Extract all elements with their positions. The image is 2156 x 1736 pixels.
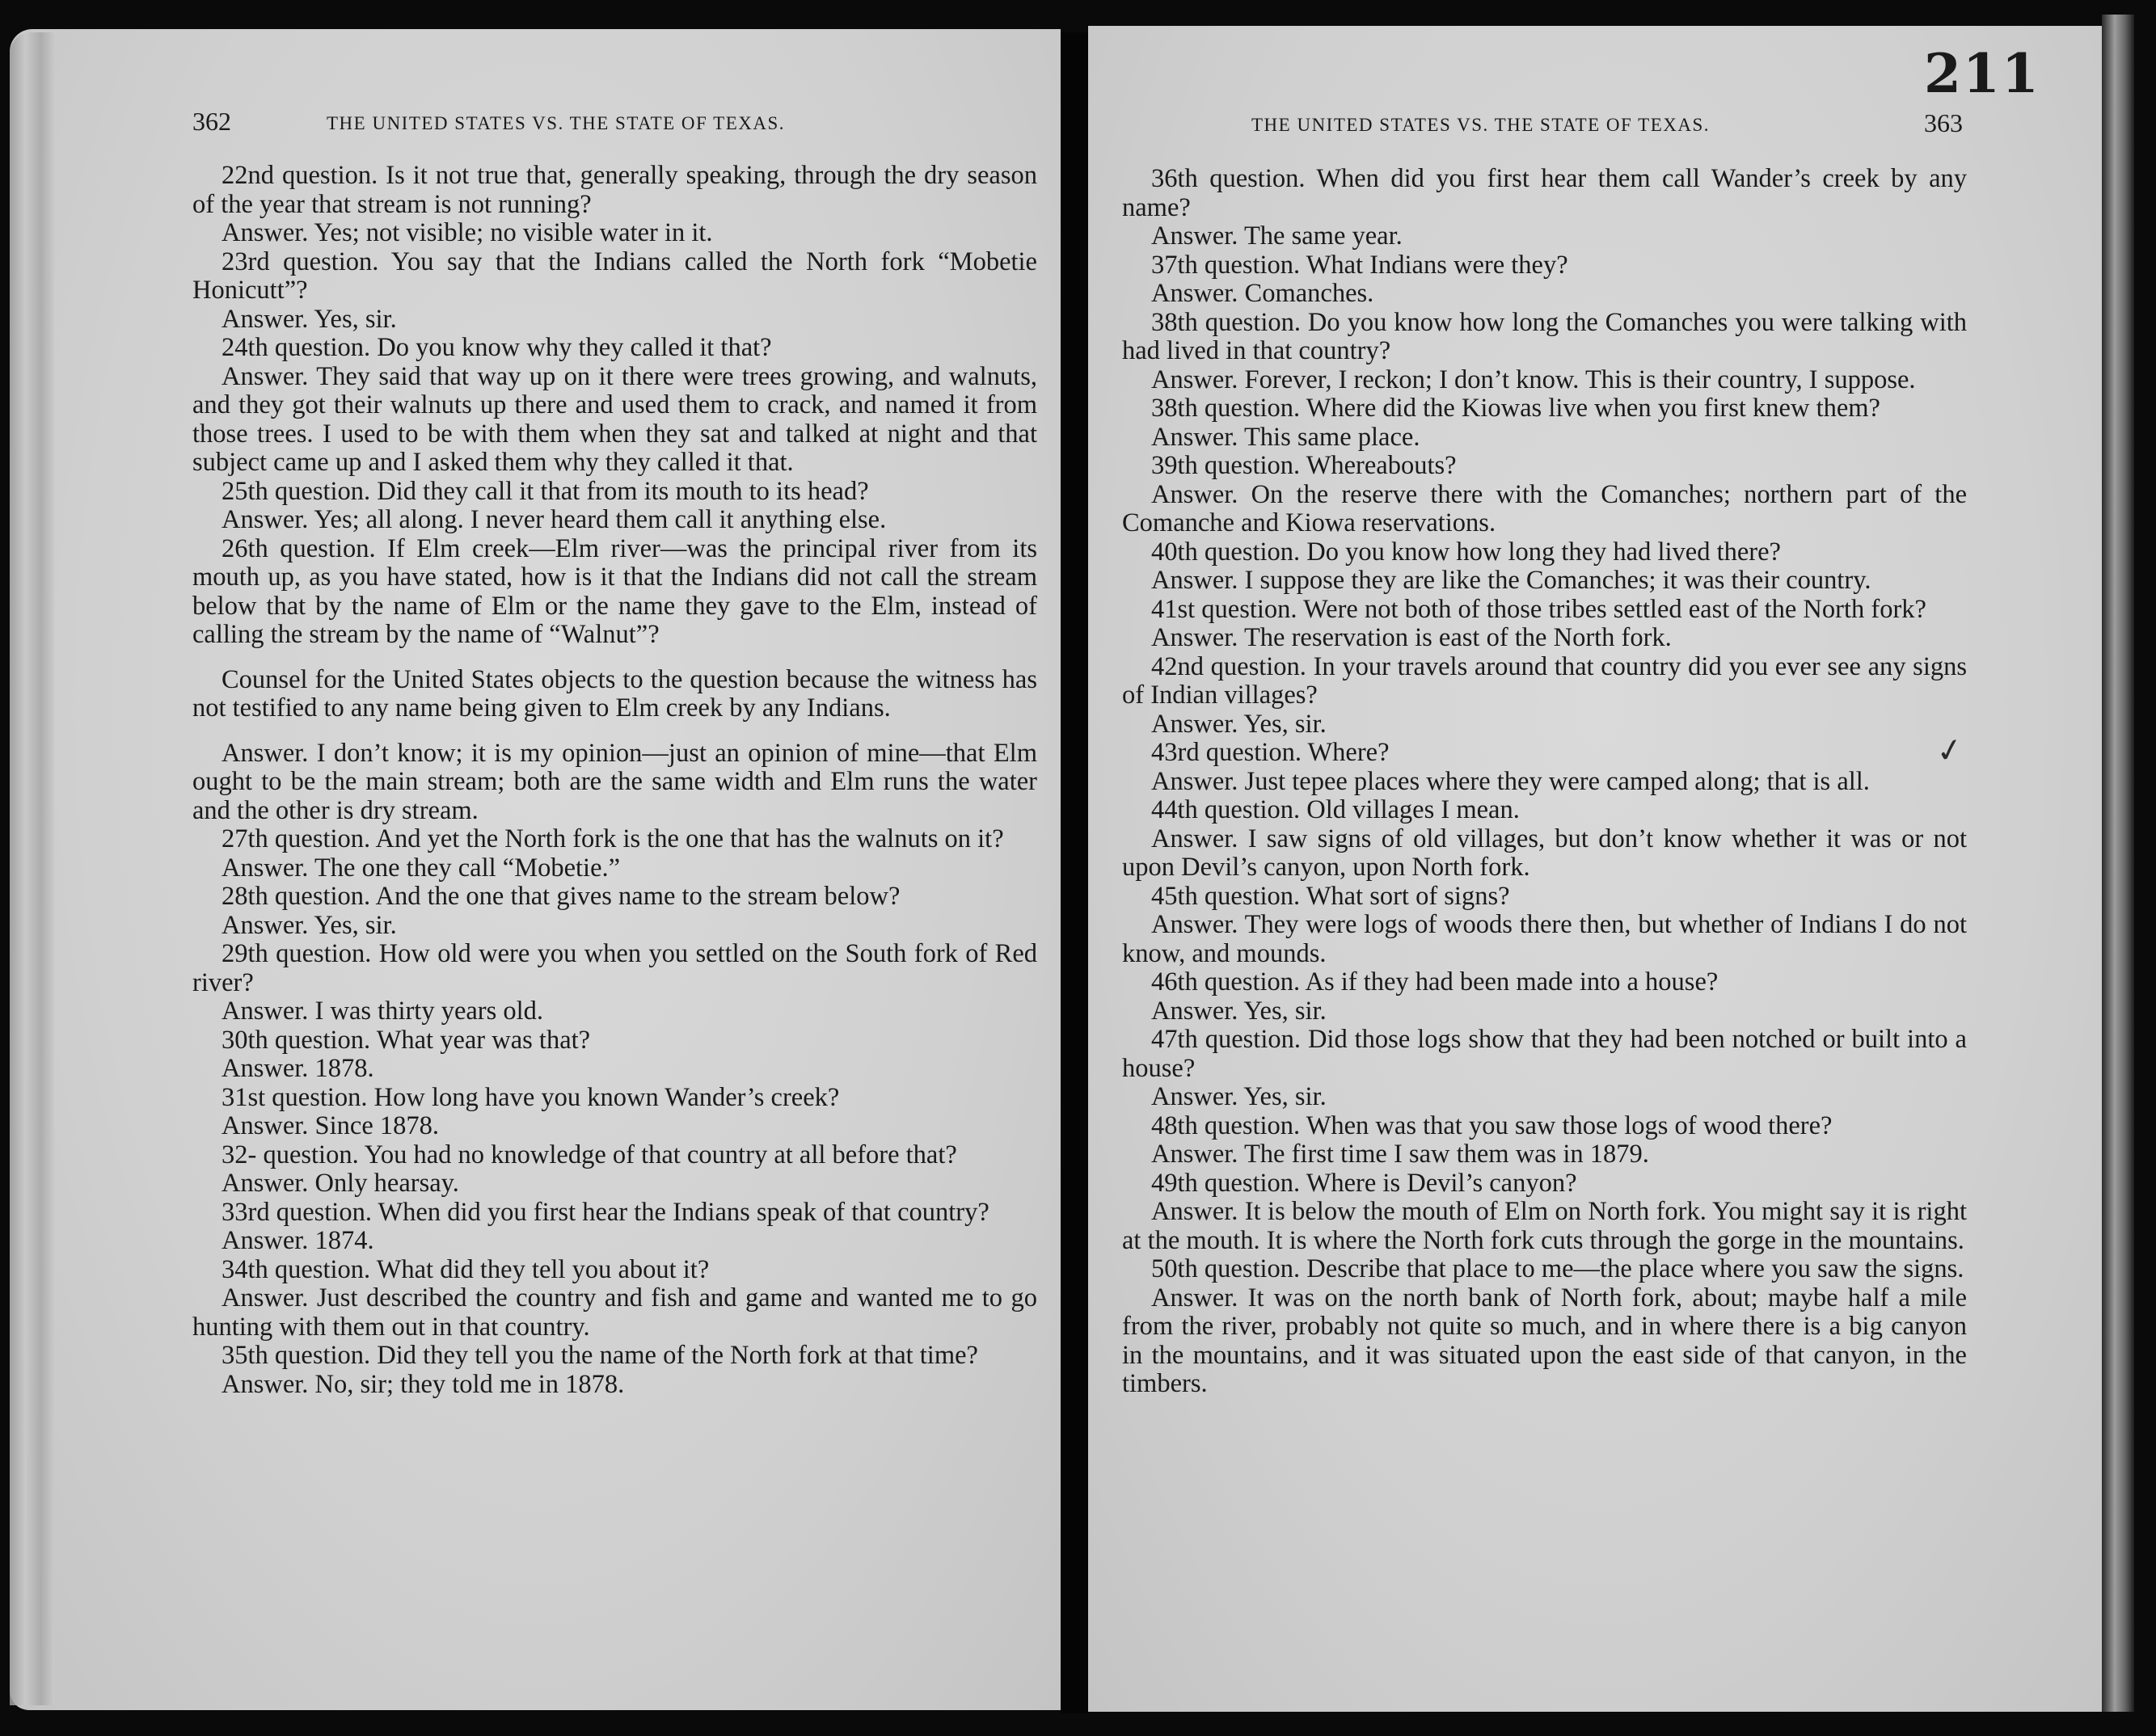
paragraph: Answer. It was on the north bank of Nort… <box>1122 1284 1967 1399</box>
paragraph: 25th question. Did they call it that fro… <box>192 478 1037 507</box>
paragraph: 49th question. Where is Devil’s canyon? <box>1122 1169 1967 1199</box>
paragraph: Answer. I was thirty years old. <box>192 997 1037 1026</box>
paragraph: 24th question. Do you know why they call… <box>192 334 1037 363</box>
paragraph: 41st question. Were not both of those tr… <box>1122 596 1967 625</box>
paragraph: Answer. Comanches. <box>1122 280 1967 309</box>
paragraph: 44th question. Old villages I mean. <box>1122 796 1967 825</box>
paragraph: 31st question. How long have you known W… <box>192 1084 1037 1113</box>
paragraph: Answer. Only hearsay. <box>192 1169 1037 1199</box>
paragraph: 30th question. What year was that? <box>192 1026 1037 1056</box>
paragraph: Answer. 1878. <box>192 1055 1037 1084</box>
paragraph: 45th question. What sort of signs? <box>1122 883 1967 912</box>
paragraph: 35th question. Did they tell you the nam… <box>192 1342 1037 1371</box>
right-page-edges <box>2102 15 2134 1712</box>
paragraph: 33rd question. When did you first hear t… <box>192 1199 1037 1228</box>
paragraph: 28th question. And the one that gives na… <box>192 883 1037 912</box>
left-page-number: 362 <box>192 107 231 137</box>
left-running-head: THE UNITED STATES VS. THE STATE OF TEXAS… <box>327 113 785 134</box>
paragraph: Answer. Yes, sir. <box>1122 1083 1967 1112</box>
paragraph: Answer. No, sir; they told me in 1878. <box>192 1371 1037 1400</box>
paragraph: 48th question. When was that you saw tho… <box>1122 1112 1967 1141</box>
paragraph: 43rd question. Where? <box>1122 739 1967 768</box>
paragraph: Answer. I saw signs of old villages, but… <box>1122 825 1967 883</box>
paragraph: 36th question. When did you first hear t… <box>1122 165 1967 222</box>
paragraph: Answer. I suppose they are like the Coma… <box>1122 567 1967 596</box>
paragraph: Answer. They were logs of woods there th… <box>1122 911 1967 968</box>
paragraph: Answer. The reservation is east of the N… <box>1122 624 1967 653</box>
paragraph: Answer. The one they call “Mobetie.” <box>192 854 1037 883</box>
paragraph: 32- question. You had no knowledge of th… <box>192 1141 1037 1170</box>
paragraph: 46th question. As if they had been made … <box>1122 968 1967 997</box>
paragraph: Answer. Yes, sir. <box>1122 997 1967 1026</box>
paragraph: 47th question. Did those logs show that … <box>1122 1026 1967 1083</box>
paragraph: 34th question. What did they tell you ab… <box>192 1256 1037 1285</box>
open-book-scan: 362 THE UNITED STATES VS. THE STATE OF T… <box>0 0 2156 1736</box>
paragraph: Answer. Forever, I reckon; I don’t know.… <box>1122 366 1967 395</box>
paragraph: Answer. Yes, sir. <box>192 305 1037 335</box>
paragraph: 39th question. Whereabouts? <box>1122 452 1967 481</box>
paragraph: Answer. The first time I saw them was in… <box>1122 1140 1967 1169</box>
paragraph: Answer. Just described the country and f… <box>192 1284 1037 1342</box>
paragraph: Answer. Just tepee places where they wer… <box>1122 768 1967 797</box>
paragraph: 23rd question. You say that the Indians … <box>192 248 1037 305</box>
paragraph: Answer. Yes; all along. I never heard th… <box>192 506 1037 535</box>
paragraph: Answer. On the reserve there with the Co… <box>1122 481 1967 538</box>
paragraph: 27th question. And yet the North fork is… <box>192 825 1037 854</box>
right-running-head: THE UNITED STATES VS. THE STATE OF TEXAS… <box>1251 115 1710 136</box>
paragraph: Answer. 1874. <box>192 1227 1037 1256</box>
right-page-number: 363 <box>1924 108 1963 138</box>
objection-paragraph: Counsel for the United States objects to… <box>192 666 1037 723</box>
paragraph: 38th question. Where did the Kiowas live… <box>1122 394 1967 423</box>
paragraph: Answer. I don’t know; it is my opinion—j… <box>192 739 1037 826</box>
paragraph: Answer. It is below the mouth of Elm on … <box>1122 1198 1967 1255</box>
paragraph: Answer. Since 1878. <box>192 1112 1037 1141</box>
book-gutter <box>1061 32 1088 1713</box>
paragraph: Answer. The same year. <box>1122 222 1967 251</box>
paragraph: 37th question. What Indians were they? <box>1122 251 1967 280</box>
paragraph: 22nd question. Is it not true that, gene… <box>192 162 1037 219</box>
paragraph: 26th question. If Elm creek—Elm river—wa… <box>192 535 1037 650</box>
paragraph: 29th question. How old were you when you… <box>192 940 1037 997</box>
right-page-body: 36th question. When did you first hear t… <box>1122 165 1967 1399</box>
left-page-edges <box>10 32 54 1705</box>
paragraph: 38th question. Do you know how long the … <box>1122 309 1967 366</box>
paragraph: Answer. Yes, sir. <box>192 912 1037 941</box>
paragraph: 50th question. Describe that place to me… <box>1122 1255 1967 1284</box>
paragraph: 42nd question. In your travels around th… <box>1122 653 1967 710</box>
stamped-folio-number: 211 <box>1924 42 2040 105</box>
paragraph: Answer. Yes, sir. <box>1122 710 1967 739</box>
paragraph: Answer. Yes; not visible; no visible wat… <box>192 219 1037 248</box>
left-page-body: 22nd question. Is it not true that, gene… <box>192 162 1037 1399</box>
paragraph: Answer. This same place. <box>1122 423 1967 453</box>
paragraph: Answer. They said that way up on it ther… <box>192 363 1037 478</box>
paragraph: 40th question. Do you know how long they… <box>1122 538 1967 567</box>
